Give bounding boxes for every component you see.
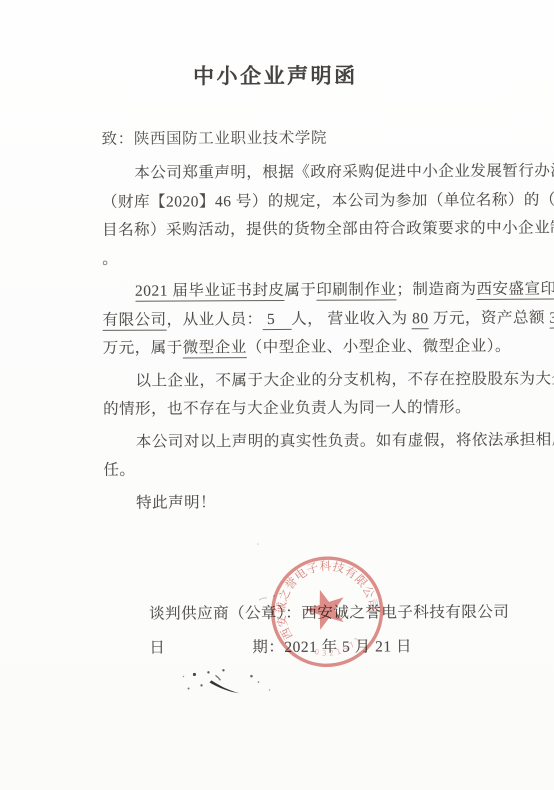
paragraph: 特此声明！ [104, 489, 516, 520]
date-value: 期：2021 年 5 月 21 日 [252, 638, 412, 656]
filled-in-value: 300 [549, 309, 554, 328]
body-text: 属于 [284, 282, 316, 299]
body-line: 目名称）采购活动，提供的货物全部由符合政策要求的中小企业制造 [102, 217, 514, 248]
date-line: 日期：2021 年 5 月 21 日 [149, 636, 509, 659]
body-line: 的情形，也不存在与大企业负责人为同一人的情形。 [103, 396, 515, 427]
body-text: 本公司对以上声明的真实性负责。如有虚假，将依法承担相应责 [136, 431, 554, 450]
body-line: 本公司对以上声明的真实性负责。如有虚假，将依法承担相应责 [103, 428, 515, 459]
paragraph: 2021 届毕业证书封皮属于印刷制作业；制造商为西安盛宣印刷有限公司，从业人员：… [102, 278, 514, 366]
body-text: ，从业人员： [167, 311, 263, 329]
body-text: 任。 [103, 462, 135, 479]
addressee-line: 致：陕西国防工业职业技术学院 [102, 126, 328, 149]
body-text: 的情形，也不存在与大企业负责人为同一人的情形。 [103, 399, 471, 418]
body-text: 人， 营业收入为 [291, 310, 412, 328]
supplier-signature-line: 谈判供应商（公章）：西安诚之誉电子科技有限公司 [149, 602, 509, 625]
body-text: 目名称）采购活动，提供的货物全部由符合政策要求的中小企业制造 [102, 219, 554, 239]
filled-in-value: 印刷制作业 [316, 281, 396, 300]
body-text: 。 [102, 250, 118, 267]
filled-in-value: 5 [263, 310, 292, 329]
signature-block: 谈判供应商（公章）：西安诚之誉电子科技有限公司 日期：2021 年 5 月 21… [149, 602, 510, 659]
body-line: 以上企业，不属于大企业的分支机构，不存在控股股东为大企业 [103, 367, 515, 398]
filled-in-value: 80 [412, 310, 429, 329]
body-line: （财库【2020】46 号）的规定，本公司为参加（单位名称）的（项 [102, 188, 514, 219]
body-line: 万元，属于微型企业（中型企业、小型企业、微型企业）。 [103, 335, 515, 366]
scanned-document-page: 中小企业声明函 致：陕西国防工业职业技术学院 本公司郑重声明，根据《政府采购促进… [0, 0, 554, 790]
filled-in-value: 微型企业 [183, 339, 247, 358]
body-text: 以上企业，不属于大企业的分支机构，不存在控股股东为大企业 [135, 370, 554, 389]
body-text: 特此声明！ [136, 494, 216, 511]
body-text: ；制造商为 [396, 281, 476, 298]
body-text: 本公司郑重声明，根据《政府采购促进中小企业发展暂行办法》 [134, 162, 554, 181]
filled-in-value: 西安盛宣印刷 [476, 280, 554, 300]
body-text: （财库【2020】46 号）的规定，本公司为参加（单位名称）的（项 [102, 191, 554, 210]
filled-in-value: 有限公司 [103, 311, 167, 330]
body-line: 2021 届毕业证书封皮属于印刷制作业；制造商为西安盛宣印刷 [102, 278, 514, 309]
body-line: 有限公司，从业人员： 5 人， 营业收入为 80 万元，资产总额 300 [103, 306, 515, 337]
body-paragraphs: 本公司郑重声明，根据《政府采购促进中小企业发展暂行办法》（财库【2020】46 … [102, 160, 516, 524]
paragraph: 本公司郑重声明，根据《政府采购促进中小企业发展暂行办法》（财库【2020】46 … [102, 160, 515, 276]
date-label-left: 日 [149, 640, 165, 657]
body-line: 本公司郑重声明，根据《政府采购促进中小企业发展暂行办法》 [102, 160, 514, 191]
filled-in-value: 2021 届毕业证书封皮 [135, 282, 284, 302]
document-title: 中小企业声明函 [0, 59, 552, 92]
body-text: 万元，属于 [103, 339, 183, 356]
body-text: 万元，资产总额 [428, 309, 549, 327]
ink-smudge [159, 660, 299, 716]
body-text: （中型企业、小型企业、微型企业）。 [247, 338, 511, 356]
body-line: 特此声明！ [104, 489, 516, 520]
body-line: 任。 [103, 457, 515, 488]
pencil-smudge [241, 540, 311, 610]
paragraph: 以上企业，不属于大企业的分支机构，不存在控股股东为大企业的情形，也不存在与大企业… [103, 367, 515, 426]
document-content: 中小企业声明函 致：陕西国防工业职业技术学院 本公司郑重声明，根据《政府采购促进… [0, 0, 554, 790]
paragraph: 本公司对以上声明的真实性负责。如有虚假，将依法承担相应责任。 [103, 428, 515, 487]
body-line: 。 [102, 245, 514, 276]
